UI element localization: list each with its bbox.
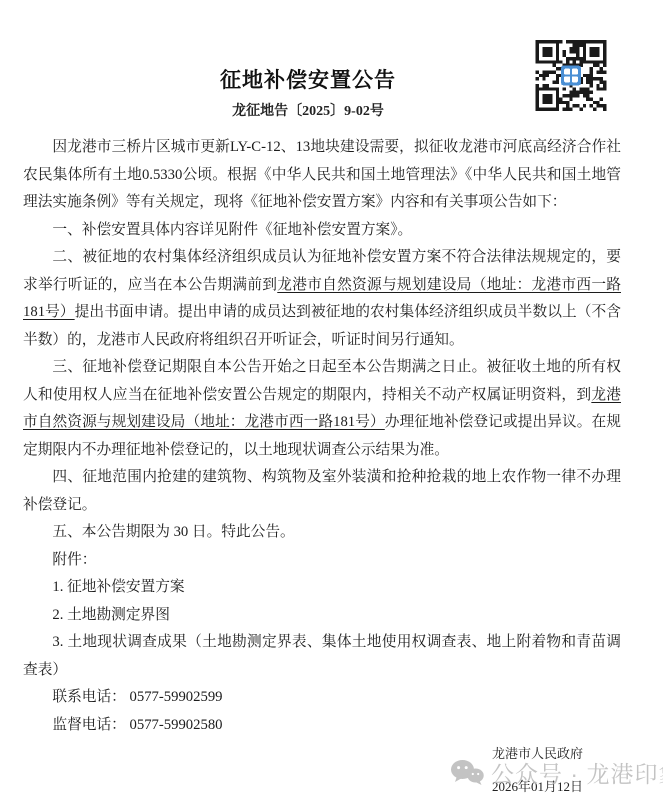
paragraph-intro: 因龙港市三桥片区城市更新LY-C-12、13地块建设需要，拟征收龙港市河底高经济… bbox=[23, 134, 621, 217]
supervise-phone: 监督电话： 0577-59902580 bbox=[23, 712, 621, 740]
footer-signature: 龙港市人民政府 2026年01月12日 bbox=[492, 745, 583, 796]
item-3-text: 三、征地补偿登记期限自本公告开始之日起至本公告期满之日止。被征收土地的所有权人和… bbox=[23, 359, 621, 403]
document-body: 因龙港市三桥片区城市更新LY-C-12、13地块建设需要，拟征收龙港市河底高经济… bbox=[23, 134, 621, 739]
paragraph-item-4: 四、征地范围内抢建的建筑物、构筑物及室外装潢和抢种抢栽的地上农作物一律不办理补偿… bbox=[23, 464, 621, 519]
doc-number: 龙征地告〔2025〕9-02号 bbox=[9, 103, 607, 121]
issue-date: 2026年01月12日 bbox=[492, 778, 583, 796]
item-2-text-cont: 提出书面申请。提出申请的成员达到被征地的农村集体经济组织成员半数以上（不含半数）… bbox=[23, 304, 621, 348]
attachment-item: 1. 征地补偿安置方案 bbox=[23, 574, 621, 602]
wechat-icon bbox=[450, 759, 484, 787]
paragraph-item-5: 五、本公告期限为 30 日。特此公告。 bbox=[23, 519, 621, 547]
issuer: 龙港市人民政府 bbox=[492, 745, 583, 763]
paragraph-item-2: 二、被征地的农村集体经济组织成员认为征地补偿安置方案不符合法律法规规定的，要求举… bbox=[23, 244, 621, 354]
attachments-label: 附件： bbox=[23, 547, 621, 575]
announcement-document: 征地补偿安置公告 龙征地告〔2025〕9-02号 因龙港市三桥片区城市更新LY-… bbox=[0, 0, 663, 803]
attachment-item: 3. 土地现状调查成果（土地勘测定界表、集体土地使用权调查表、地上附着物和青苗调… bbox=[23, 629, 621, 684]
page-title: 征地补偿安置公告 bbox=[9, 68, 607, 94]
contact-phone: 联系电话： 0577-59902599 bbox=[23, 684, 621, 712]
attachment-item: 2. 土地勘测定界图 bbox=[23, 602, 621, 630]
paragraph-item-1: 一、补偿安置具体内容详见附件《征地补偿安置方案》。 bbox=[23, 217, 621, 245]
document-header: 征地补偿安置公告 龙征地告〔2025〕9-02号 bbox=[9, 68, 607, 121]
paragraph-item-3: 三、征地补偿登记期限自本公告开始之日起至本公告期满之日止。被征收土地的所有权人和… bbox=[23, 354, 621, 464]
